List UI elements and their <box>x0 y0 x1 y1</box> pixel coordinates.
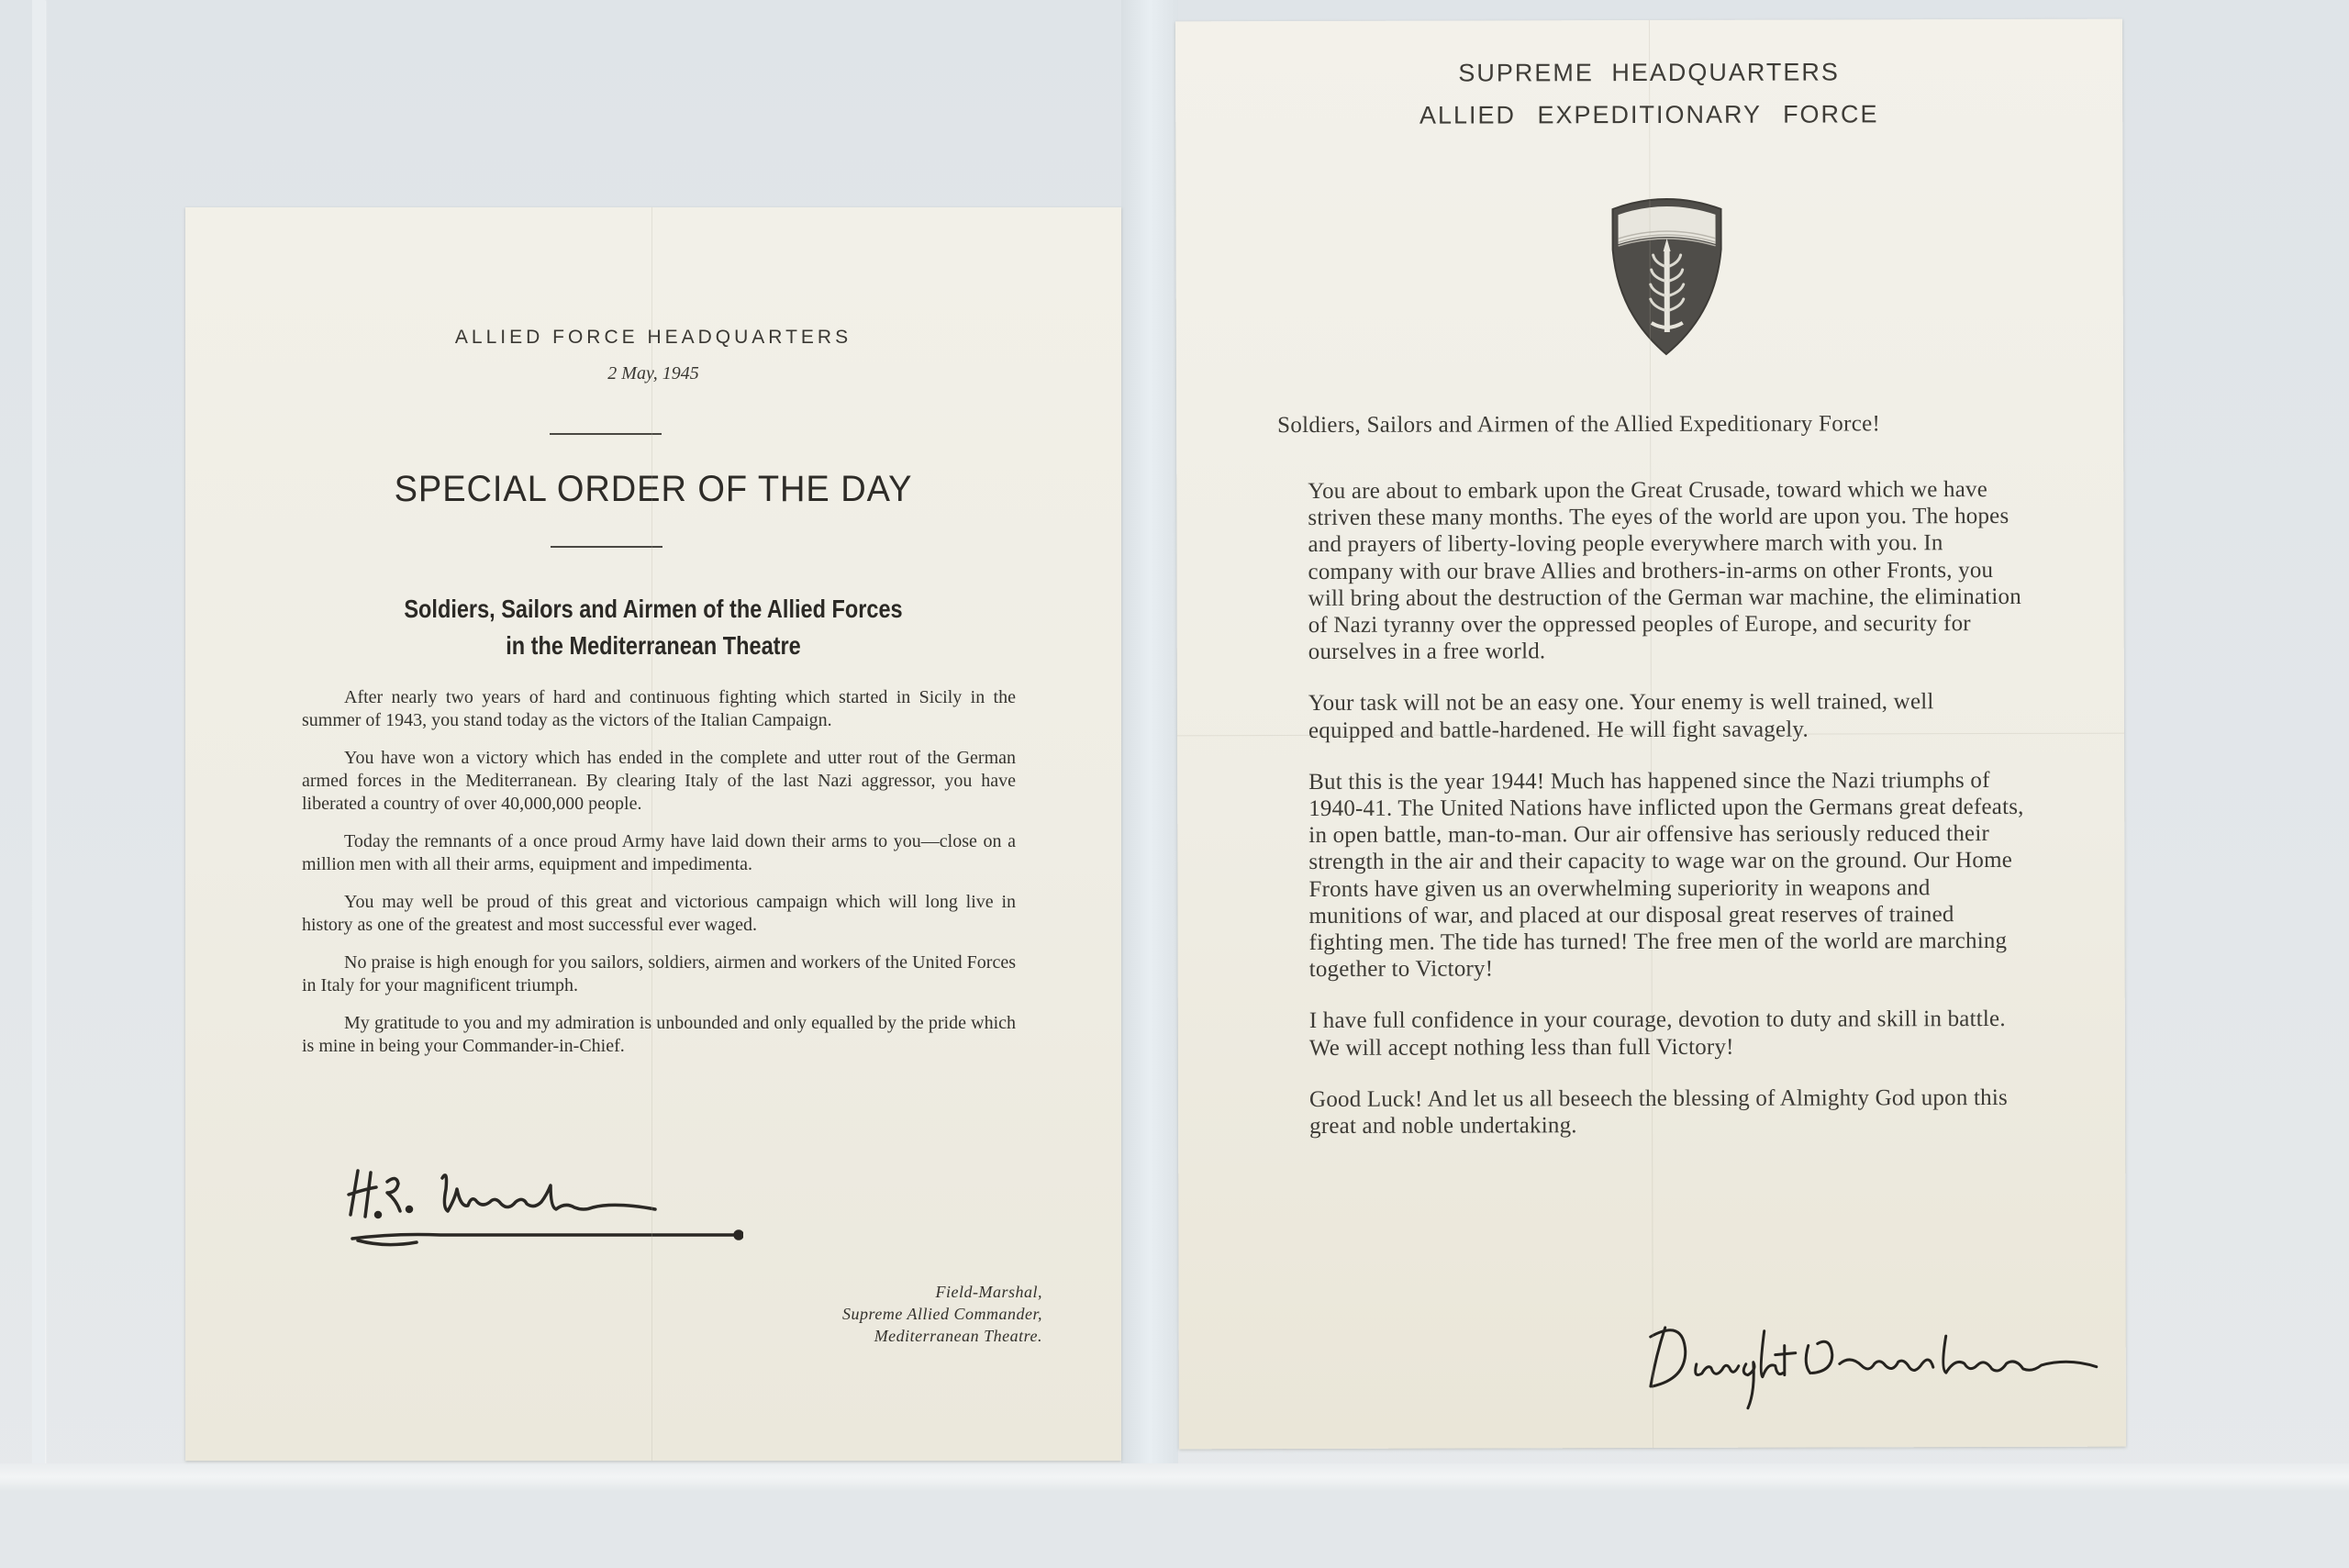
document-body: After nearly two years of hard and conti… <box>302 686 1016 1073</box>
tray-lip <box>0 1463 2349 1491</box>
document-date: 2 May, 1945 <box>185 363 1121 384</box>
document-header: ALLIED FORCE HEADQUARTERS <box>185 327 1121 349</box>
signatory-theatre: Mediterranean Theatre. <box>842 1325 1042 1347</box>
paragraph: My gratitude to you and my admiration is… <box>302 1012 1016 1058</box>
paragraph: You have won a victory which has ended i… <box>302 747 1016 816</box>
shaef-shield-icon <box>1607 195 1726 358</box>
document-title: SPECIAL ORDER OF THE DAY <box>209 469 1098 510</box>
paragraph: You may well be proud of this great and … <box>302 891 1016 937</box>
paragraph: But this is the year 1944! Much has happ… <box>1308 767 2025 984</box>
divider-rule <box>550 433 662 435</box>
salutation: Soldiers, Sailors and Airmen of the Alli… <box>1277 411 1880 439</box>
heading-line: in the Mediterranean Theatre <box>261 628 1047 664</box>
tray-rail <box>32 0 45 1568</box>
eisenhower-signature-icon <box>1638 1318 2115 1410</box>
tray-divider <box>1121 0 1178 1568</box>
paragraph: No praise is high enough for you sailors… <box>302 951 1016 997</box>
document-body: You are about to embark upon the Great C… <box>1308 476 2025 1164</box>
fold-crease <box>651 207 652 1461</box>
paragraph: Today the remnants of a once proud Army … <box>302 830 1016 876</box>
alexander-signature-icon <box>340 1162 743 1262</box>
tray-bottom <box>0 1491 2349 1568</box>
signatory-position: Supreme Allied Commander, <box>842 1303 1042 1325</box>
heading-line: Soldiers, Sailors and Airmen of the Alli… <box>261 591 1047 628</box>
signatory-title: Field-Marshal, Supreme Allied Commander,… <box>842 1281 1042 1347</box>
paragraph: After nearly two years of hard and conti… <box>302 686 1016 732</box>
paragraph: Your task will not be an easy one. Your … <box>1308 688 2024 743</box>
signatory-rank: Field-Marshal, <box>842 1281 1042 1303</box>
divider-rule <box>551 546 662 548</box>
paragraph: You are about to embark upon the Great C… <box>1308 476 2024 665</box>
eisenhower-order-document: SUPREME HEADQUARTERS ALLIED EXPEDITIONAR… <box>1175 19 2126 1450</box>
special-order-document: ALLIED FORCE HEADQUARTERS 2 May, 1945 SP… <box>185 207 1121 1461</box>
paragraph: Good Luck! And let us all beseech the bl… <box>1309 1084 2025 1140</box>
document-heading: Soldiers, Sailors and Airmen of the Alli… <box>261 591 1047 664</box>
paragraph: I have full confidence in your courage, … <box>1309 1006 2025 1061</box>
